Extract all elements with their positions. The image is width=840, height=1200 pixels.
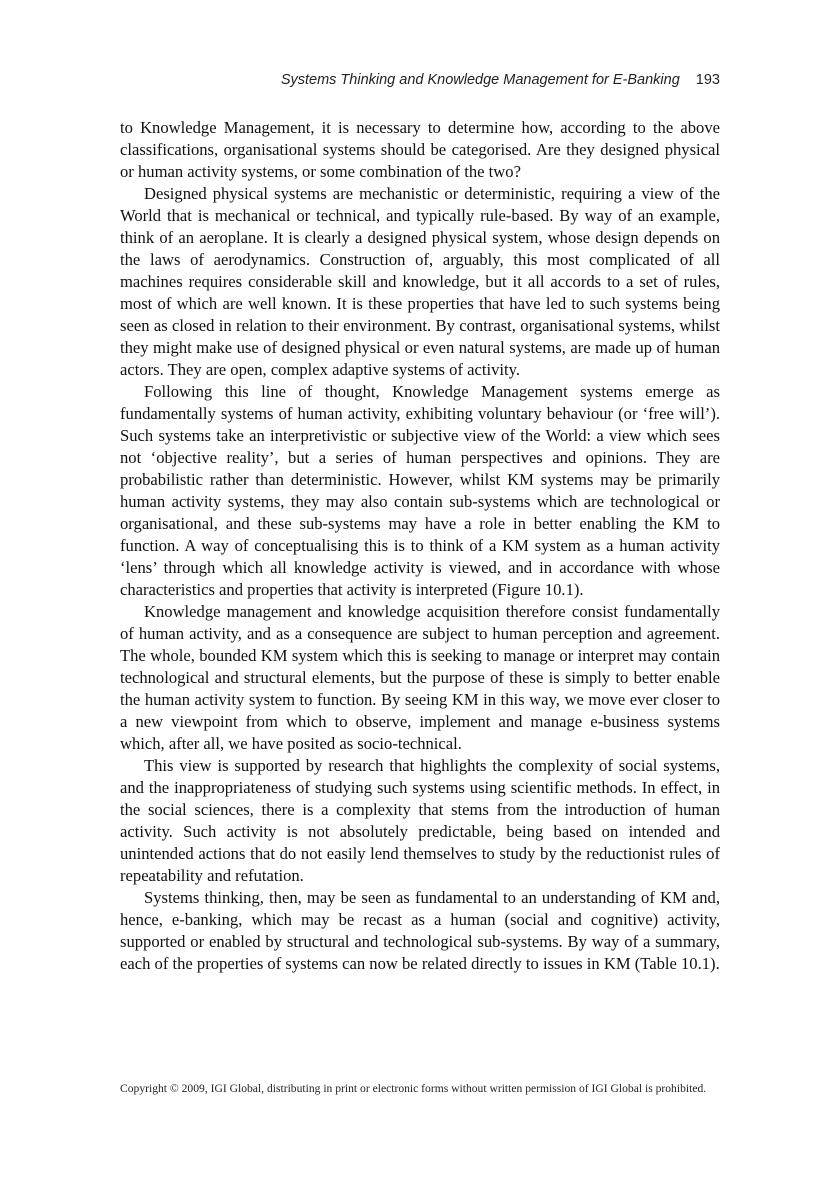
paragraph-designed-physical-systems: Designed physical systems are mechanisti… bbox=[120, 183, 720, 381]
paragraph-social-complexity: This view is supported by research that … bbox=[120, 755, 720, 887]
copyright-footer: Copyright © 2009, IGI Global, distributi… bbox=[120, 1081, 720, 1096]
paragraph-km-human-activity: Following this line of thought, Knowledg… bbox=[120, 381, 720, 601]
paragraph-systems-thinking-summary: Systems thinking, then, may be seen as f… bbox=[120, 887, 720, 975]
running-title: Systems Thinking and Knowledge Managemen… bbox=[281, 72, 680, 88]
body-text: to Knowledge Management, it is necessary… bbox=[120, 117, 720, 975]
paragraph-knowledge-acquisition: Knowledge management and knowledge acqui… bbox=[120, 601, 720, 755]
running-header: Systems Thinking and Knowledge Managemen… bbox=[120, 72, 720, 88]
paragraph-continuation: to Knowledge Management, it is necessary… bbox=[120, 117, 720, 183]
page-number: 193 bbox=[696, 72, 720, 88]
